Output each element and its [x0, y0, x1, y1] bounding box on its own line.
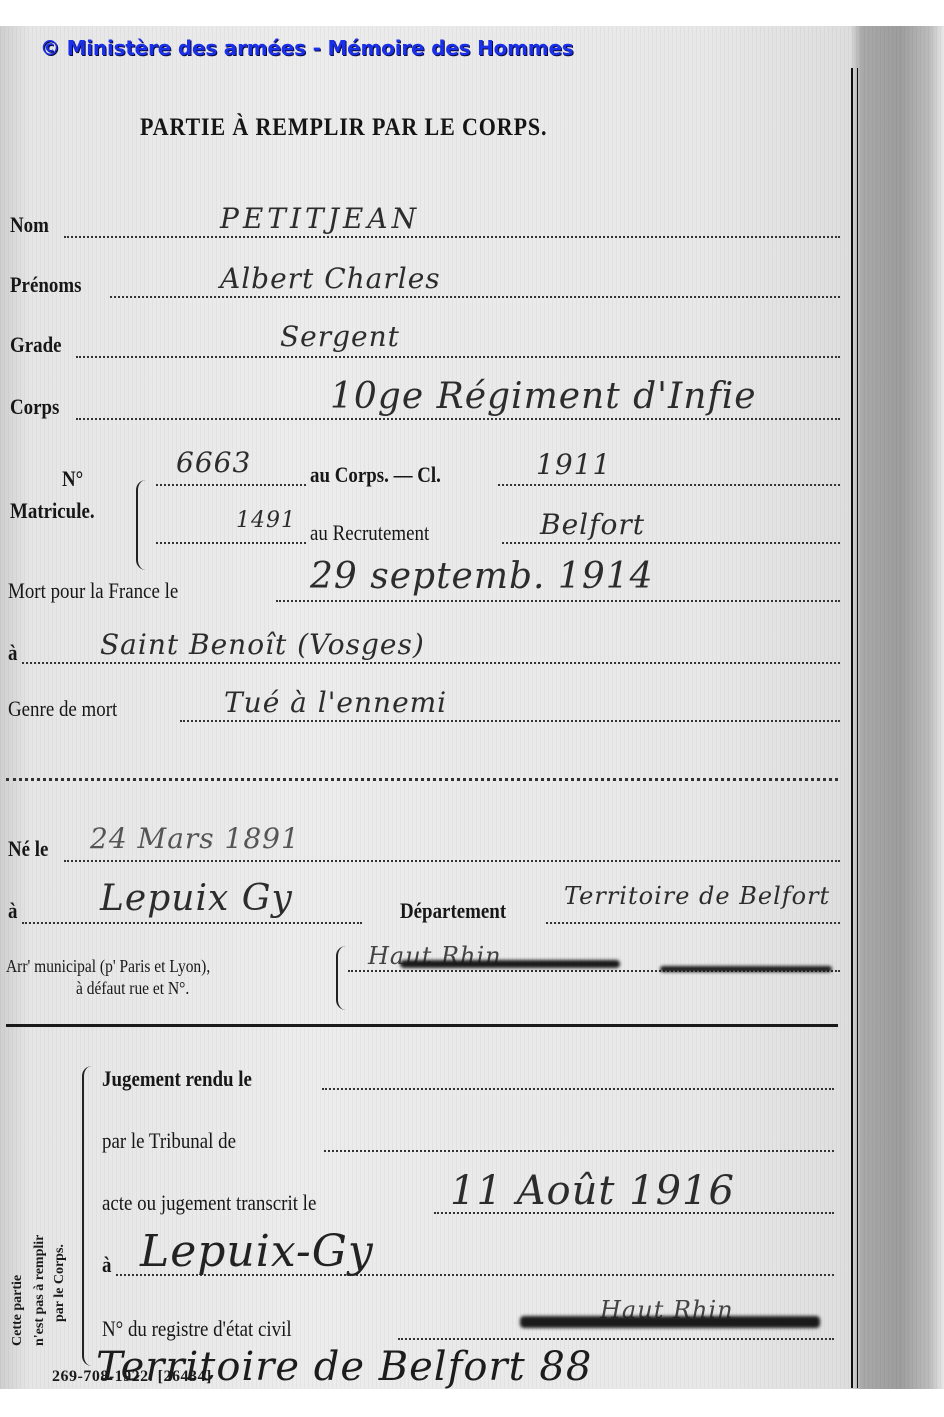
transcrit-label: acte ou jugement transcrit le — [102, 1190, 316, 1216]
grade-value: Sergent — [280, 320, 400, 353]
genre-mort-value: Tué à l'ennemi — [224, 686, 447, 719]
lieu-deces-label: à — [8, 640, 17, 666]
departement-label: Département — [400, 898, 506, 924]
lieu-naissance-value: Lepuix Gy — [100, 878, 293, 919]
departement-line — [546, 922, 840, 924]
matricule-recrutement-line — [156, 542, 306, 544]
genre-mort-line — [180, 720, 840, 722]
jugement-rendu-label: Jugement rendu le — [102, 1066, 252, 1092]
matricule-corps-label: au Corps. — Cl. — [310, 462, 441, 488]
jugement-rendu-line — [322, 1088, 834, 1090]
nom-label: Nom — [10, 212, 49, 238]
matricule-brace — [136, 480, 148, 570]
prenoms-line — [110, 296, 840, 298]
nom-line — [64, 236, 840, 238]
matricule-label-no: N° — [62, 466, 83, 492]
separator-dotted-line — [6, 778, 838, 781]
registre-label: N° du registre d'état civil — [102, 1316, 292, 1342]
arrondissement-label-1: Arr' municipal (p' Paris et Lyon), — [6, 956, 210, 977]
side-note-line-3: par le Corps. — [52, 1244, 68, 1322]
recrutement-place-value: Belfort — [540, 508, 645, 541]
strikethrough-mark — [400, 960, 620, 968]
transcrit-value: 11 Août 1916 — [450, 1168, 735, 1214]
classe-line — [498, 484, 840, 486]
ne-le-label: Né le — [8, 836, 48, 862]
grade-line — [76, 356, 840, 358]
arrondissement-brace — [336, 946, 346, 1010]
classe-value: 1911 — [536, 448, 611, 481]
strikethrough-mark — [660, 966, 832, 972]
tribunal-label: par le Tribunal de — [102, 1128, 236, 1154]
corps-label: Corps — [10, 394, 59, 420]
matricule-corps-line — [156, 484, 306, 486]
form-title: PARTIE À REMPLIR PAR LE CORPS. — [140, 114, 547, 142]
mort-value: 29 septemb. 1914 — [310, 556, 654, 597]
matricule-label: Matricule. — [10, 498, 95, 524]
side-note-line-2: n'est pas à remplir — [32, 1235, 48, 1346]
recrutement-label: au Recrutement — [310, 520, 429, 546]
mort-line — [276, 600, 840, 602]
corps-value: 10ge Régiment d'Infie — [330, 376, 757, 417]
right-border-rule — [851, 68, 853, 1388]
section-separator — [6, 1024, 838, 1027]
lieu-deces-value: Saint Benoît (Vosges) — [100, 628, 425, 661]
genre-mort-label: Genre de mort — [8, 696, 117, 722]
strikethrough-mark — [520, 1316, 820, 1328]
prenoms-value: Albert Charles — [220, 262, 441, 295]
matricule-recrutement-value: 1491 — [236, 508, 296, 533]
recrutement-place-line — [502, 542, 840, 544]
grade-label: Grade — [10, 332, 62, 358]
document-scan: © Ministère des armées - Mémoire des Hom… — [0, 26, 944, 1389]
copyright-watermark: © Ministère des armées - Mémoire des Hom… — [40, 36, 574, 60]
print-code: 269-708-1922. [26434] — [52, 1368, 212, 1386]
lieu-transcription-label: à — [102, 1252, 111, 1278]
corps-line — [76, 418, 840, 420]
registre-line — [398, 1338, 834, 1340]
prenoms-label: Prénoms — [10, 272, 81, 298]
departement-value: Territoire de Belfort — [564, 882, 830, 910]
lieu-deces-line — [22, 662, 840, 664]
lieu-transcription-value: Lepuix-Gy — [140, 1226, 374, 1277]
lieu-naissance-line — [22, 922, 362, 924]
side-note: Cette partie n'est pas à remplir par le … — [6, 1126, 86, 1346]
nom-value: PETITJEAN — [220, 202, 420, 235]
tribunal-line — [324, 1150, 834, 1152]
mort-label: Mort pour la France le — [8, 578, 178, 604]
right-border-rule-inner — [857, 68, 858, 1388]
lieu-naissance-label: à — [8, 898, 17, 924]
ne-le-line — [64, 860, 840, 862]
arrondissement-label-2: à défaut rue et N°. — [76, 978, 189, 999]
judgement-brace — [82, 1066, 94, 1366]
ne-le-value: 24 Mars 1891 — [90, 822, 300, 855]
side-note-line-1: Cette partie — [10, 1275, 26, 1346]
matricule-corps-value: 6663 — [176, 446, 251, 479]
